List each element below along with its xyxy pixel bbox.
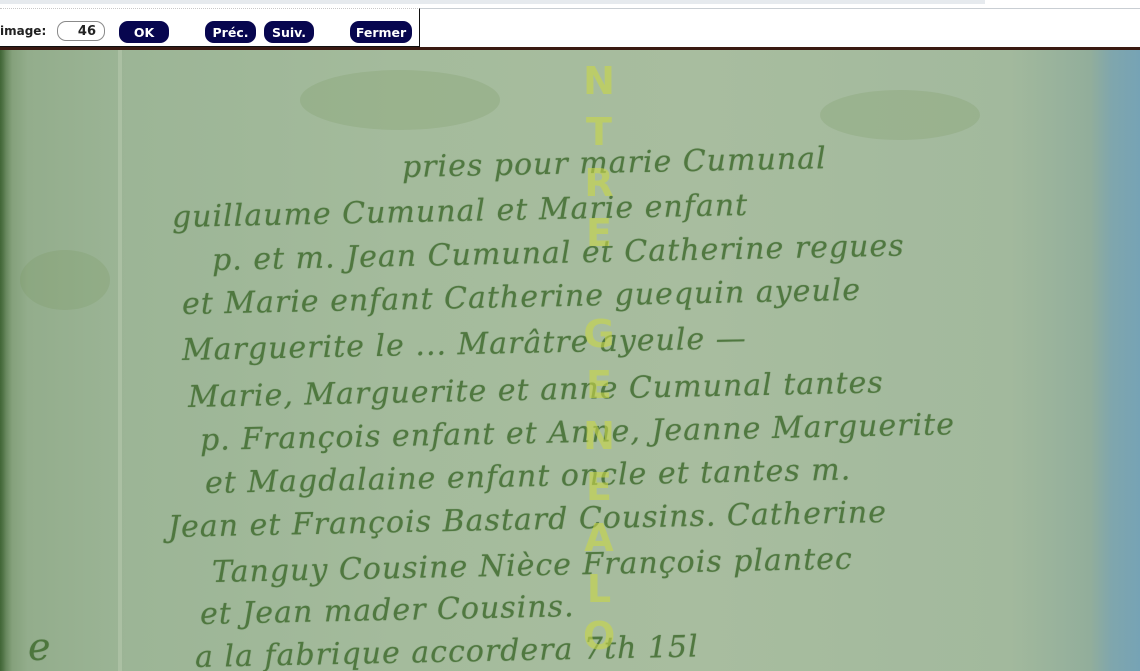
manuscript-line: guillaume Cumunal et Marie enfant [172,188,749,235]
watermark-letter: E [583,214,615,252]
manuscript-line: Marie, Marguerite et anne Cumunal tantes [188,365,884,415]
manuscript-image-viewer[interactable]: pries pour marie Cumunal guillaume Cumun… [0,47,1140,671]
watermark-letter: L [583,570,615,608]
watermark-letter: A [583,519,615,557]
image-number-label: image: [0,24,46,38]
manuscript-line: p. François enfant et Anne, Jeanne Margu… [200,407,956,458]
manuscript-line: Jean et François Bastard Cousins. Cather… [168,495,888,545]
watermark-letter: G [583,315,615,353]
watermark-letter: N [583,62,615,100]
paper-stain [300,70,500,130]
paper-fold-line [118,50,122,671]
ok-button[interactable]: OK [119,21,169,43]
manuscript-line: Tanguy Cousine Nièce François plantec [212,542,853,590]
manuscript-line: et Magdalaine enfant oncle et tantes m. [205,452,852,501]
image-navigation-toolbar: image: OK Préc. Suiv. Fermer [0,8,420,47]
watermark-letter: T [583,113,615,151]
watermark-letter: E [583,468,615,506]
watermark-letter: O [583,617,615,655]
manuscript-line: Marguerite le ... Marâtre ayeule — [182,321,747,368]
close-button[interactable]: Fermer [350,21,412,43]
page-edge-shadow [0,50,12,671]
paper-stain [820,90,980,140]
paper-stain [20,250,110,310]
watermark-letter: R [583,164,615,202]
image-number-input[interactable] [57,21,105,41]
manuscript-line: et Marie enfant Catherine guequin ayeule [182,273,862,322]
previous-image-button[interactable]: Préc. [205,21,256,43]
margin-mark: e [28,625,52,669]
watermark-letter: E [583,366,615,404]
manuscript-line: p. et m. Jean Cumunal et Catherine regue… [212,228,905,277]
next-image-button[interactable]: Suiv. [264,21,314,43]
manuscript-line: et Jean mader Cousins. [200,589,575,632]
watermark-letter: N [583,417,615,455]
manuscript-line: a la fabrique accordera 7th 15l [195,629,699,671]
horizontal-scrollbar-track[interactable] [0,0,985,4]
